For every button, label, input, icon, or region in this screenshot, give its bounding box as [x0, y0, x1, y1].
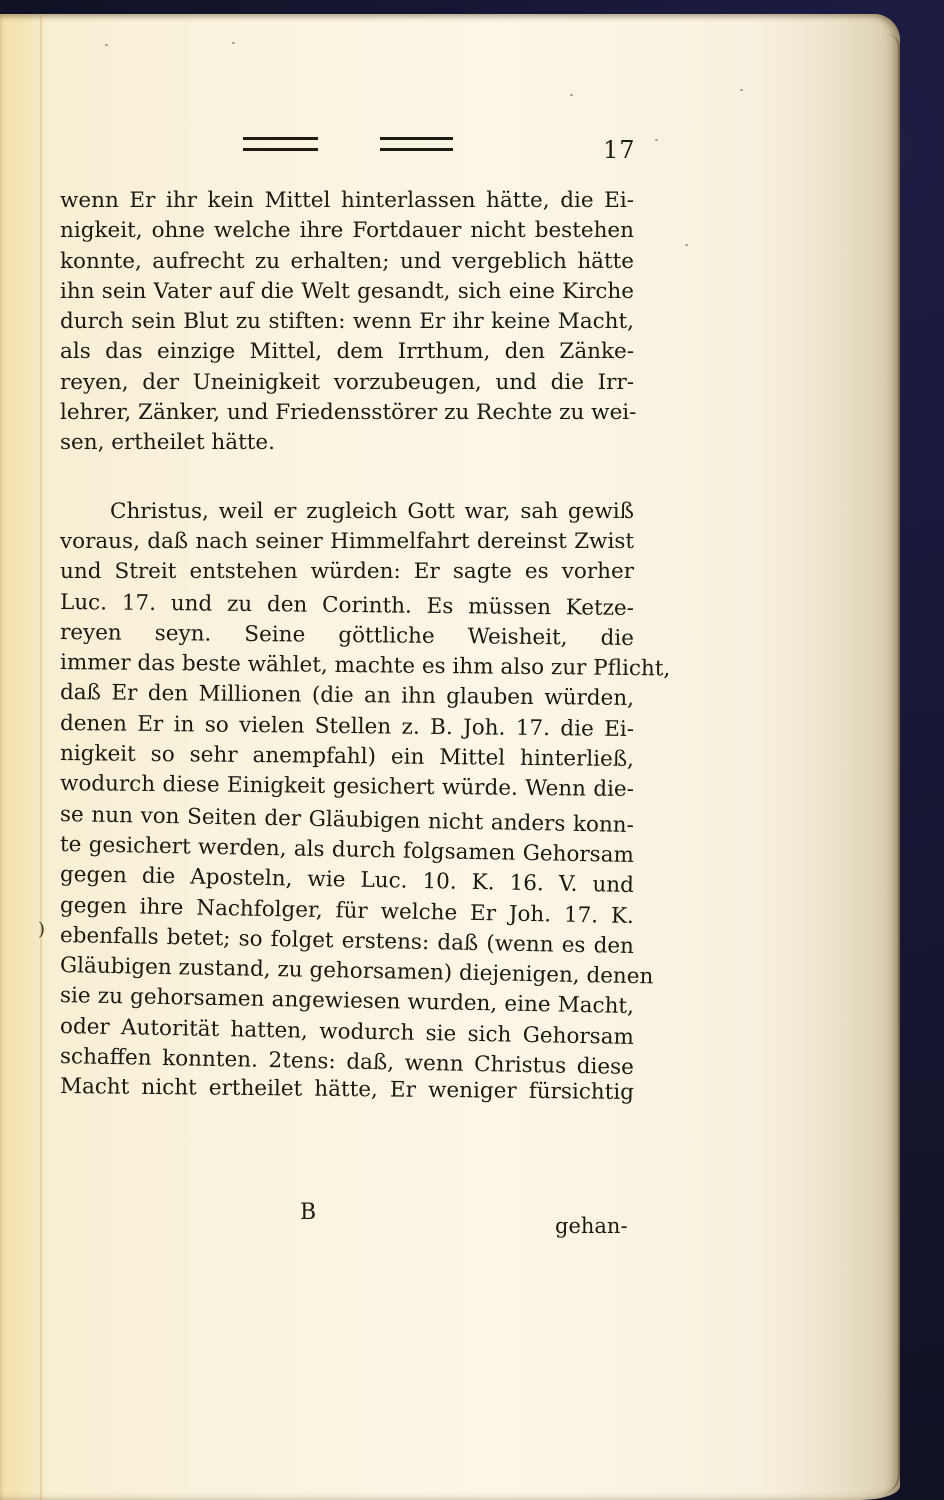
scanned-book-page: 17 ) wenn Er ihr kein Mittel hinterlasse…	[0, 0, 944, 1500]
page-number: 17	[603, 136, 636, 164]
text-line: Macht nicht ertheilet hätte, Er weniger …	[60, 1072, 634, 1108]
text-line: als das einzige Mittel, dem Irrthum, den…	[60, 337, 634, 367]
paper-speck	[655, 139, 658, 141]
paper-speck	[105, 44, 108, 46]
text-line: sen, ertheilet hätte.	[60, 428, 634, 458]
header-double-rule-right	[380, 137, 453, 151]
page-deckle-edge	[880, 34, 900, 1494]
text-line: und Streit entstehen würden: Er sagte es…	[60, 557, 634, 587]
text-line: konnte, aufrecht zu erhalten; und vergeb…	[60, 247, 634, 277]
paper-speck	[685, 244, 688, 246]
text-line: reyen, der Uneinigkeit vorzubeugen, und …	[60, 368, 634, 398]
body-text: wenn Er ihr kein Mittel hinterlassen hät…	[60, 186, 634, 1103]
signature-mark: B	[300, 1200, 316, 1225]
paragraph-2: Christus, weil er zugleich Gott war, sah…	[60, 497, 634, 1103]
header-double-rule-left	[243, 137, 318, 151]
paper-speck	[740, 89, 743, 91]
text-line: wodurch diese Einigkeit gesichert würde.…	[60, 769, 634, 805]
paragraph-1: wenn Er ihr kein Mittel hinterlassen hät…	[60, 186, 634, 459]
text-line: ihn sein Vater auf die Welt gesandt, sic…	[60, 277, 634, 307]
text-line: voraus, daß nach seiner Himmelfahrt dere…	[60, 527, 634, 557]
text-line: lehrer, Zänker, und Friedensstörer zu Re…	[60, 398, 634, 428]
text-line: durch sein Blut zu stiften: wenn Er ihr …	[60, 307, 634, 337]
text-line: nigkeit, ohne welche ihre Fortdauer nich…	[60, 216, 634, 246]
margin-mark: )	[38, 919, 45, 940]
paper-speck	[570, 94, 573, 96]
text-line: Christus, weil er zugleich Gott war, sah…	[60, 497, 634, 527]
paper-page: 17 ) wenn Er ihr kein Mittel hinterlasse…	[0, 14, 900, 1500]
catchword: gehan-	[555, 1214, 628, 1238]
paragraph-spacer	[60, 459, 634, 497]
paper-speck	[232, 42, 235, 44]
text-line: wenn Er ihr kein Mittel hinterlassen hät…	[60, 186, 634, 216]
